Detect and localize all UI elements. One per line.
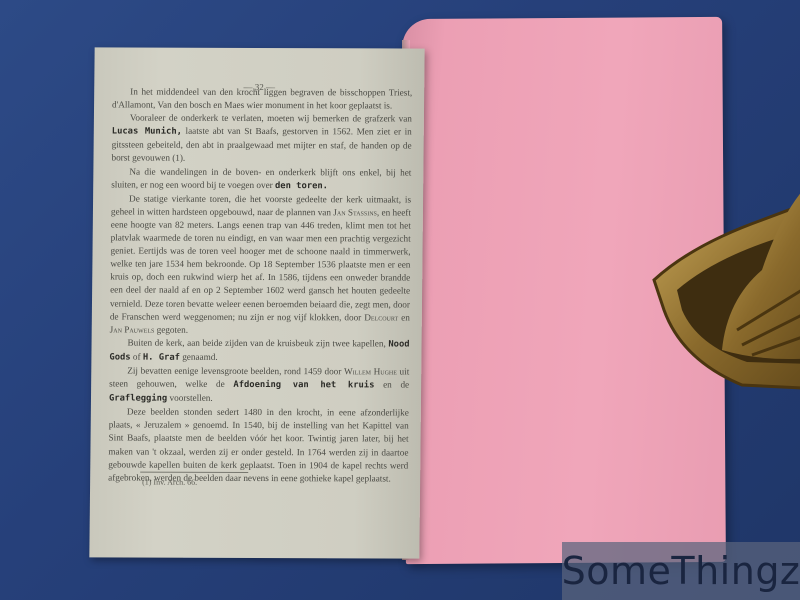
paragraph-5: Buiten de kerk, aan beide zijden van de … bbox=[109, 336, 409, 365]
paragraph-1: In het middendeel van den krocht liggen … bbox=[112, 85, 412, 112]
photo-scene: — 32 — In het middendeel van den krocht … bbox=[0, 0, 800, 600]
paragraph-7: Deze beelden stonden sedert 1480 in den … bbox=[108, 406, 409, 486]
brass-hand-clip-icon bbox=[652, 150, 800, 390]
printed-page: — 32 — In het middendeel van den krocht … bbox=[89, 47, 424, 558]
paragraph-6: Zij bevatten eenige levensgroote beelden… bbox=[109, 364, 409, 406]
paragraph-3: Na die wandelingen in de boven- en onder… bbox=[111, 165, 411, 193]
page-body: In het middendeel van den krocht liggen … bbox=[108, 85, 412, 485]
bold-name: Lucas Munich, bbox=[112, 127, 182, 137]
footnote: (1) Inv. Arch. 66. bbox=[142, 478, 197, 487]
watermark-text: SomeThingz bbox=[562, 549, 800, 593]
bold-term: den toren. bbox=[275, 181, 328, 191]
watermark: SomeThingz bbox=[562, 542, 800, 600]
paragraph-2: Vooraleer de onderkerk te verlaten, moet… bbox=[111, 112, 412, 166]
paragraph-4: De statige vierkante toren, die het voor… bbox=[110, 192, 412, 337]
